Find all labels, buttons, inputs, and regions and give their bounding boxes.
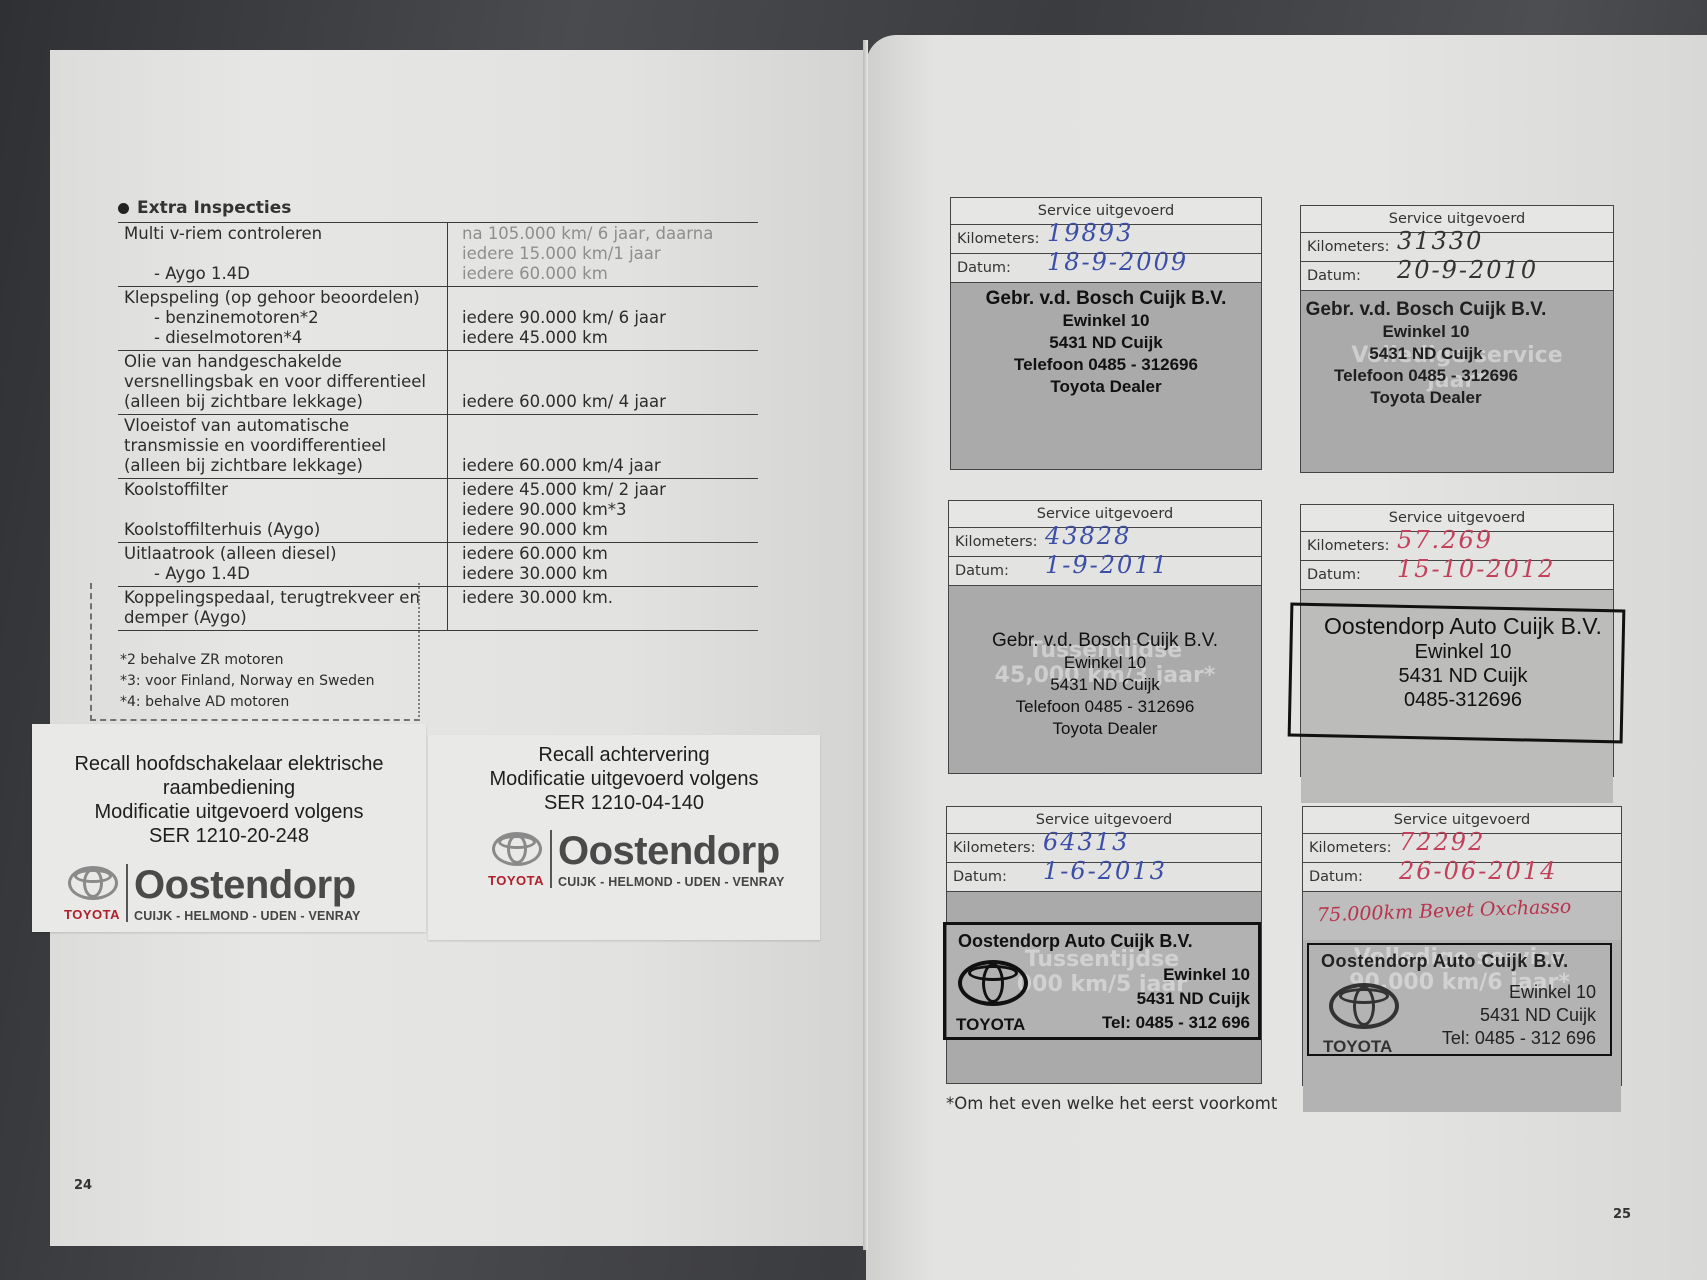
table-row: Olie van handgeschakelde versnellingsbak… [118, 350, 758, 414]
toyota-emblem-icon [488, 830, 544, 870]
table-row: Vloeistof van automatische transmissie e… [118, 414, 758, 478]
date-field: Datum: 1-9-2011 [949, 557, 1261, 586]
handwritten-date: 1-9-2011 [1045, 551, 1169, 579]
service-record: Service uitgevoerd Kilometers: 19893 Dat… [950, 197, 1262, 470]
interval-cell: iedere 60.000 km/4 jaar [448, 415, 758, 478]
service-record: Service uitgevoerd Kilometers: 57.269 Da… [1300, 504, 1614, 777]
date-field: Datum: 26-06-2014 [1303, 863, 1621, 892]
dealer-stamp: Gebr. v.d. Bosch Cuijk B.V. Ewinkel 10 5… [949, 630, 1261, 740]
section-title: Extra Inspecties [118, 198, 291, 218]
item-cell: Koolstoffilter Koolstoffilterhuis (Aygo) [118, 479, 448, 542]
dealer-stamp: Oostendorp Auto Cuijk B.V. Ewinkel 10 54… [1293, 612, 1633, 712]
page-number: 24 [74, 1178, 92, 1193]
dealer-stamp: Tussentijdse 000 km/5 jaar Oostendorp Au… [943, 922, 1261, 1040]
toyota-emblem-icon [64, 864, 120, 904]
date-field: Datum: 20-9-2010 [1301, 262, 1613, 291]
table-row: Koolstoffilter Koolstoffilterhuis (Aygo)… [118, 478, 758, 542]
footnotes: *2 behalve ZR motoren *3: voor Finland, … [120, 650, 374, 713]
page-number: 25 [1613, 1207, 1631, 1222]
dealer-logo: TOYOTA Oostendorp CUIJK - HELMOND - UDEN… [488, 830, 785, 889]
handwritten-date: 15-10-2012 [1397, 555, 1555, 583]
handwritten-date: 18-9-2009 [1047, 248, 1188, 276]
date-field: Datum: 18-9-2009 [951, 254, 1261, 283]
service-record: Service uitgevoerd Kilometers: 72292 Dat… [1302, 806, 1622, 1086]
handwritten-km: 64313 [1043, 828, 1129, 856]
toyota-emblem-icon [1329, 983, 1399, 1031]
table-row: Multi v-riem controleren - Aygo 1.4D na … [118, 222, 758, 286]
dealer-stamp: Gebr. v.d. Bosch Cuijk B.V. Ewinkel 10 5… [1301, 299, 1551, 409]
dealer-stamp: Gebr. v.d. Bosch Cuijk B.V. Ewinkel 10 5… [951, 288, 1261, 398]
interval-cell: iedere 30.000 km. [448, 587, 758, 630]
footnote: *3: voor Finland, Norway en Sweden [120, 671, 374, 692]
interval-cell: na 105.000 km/ 6 jaar, daarna iedere 15.… [448, 223, 758, 286]
interval-cell: iedere 90.000 km/ 6 jaar iedere 45.000 k… [448, 287, 758, 350]
book-spine [863, 40, 868, 1250]
service-record: Service uitgevoerd Kilometers: 31330 Dat… [1300, 205, 1614, 473]
item-cell: Vloeistof van automatische transmissie e… [118, 415, 448, 478]
table-row: Klepspeling (op gehoor beoordelen) - ben… [118, 286, 758, 350]
table-row: Uitlaatrook (alleen diesel) - Aygo 1.4D … [118, 542, 758, 586]
handwritten-date: 20-9-2010 [1397, 256, 1538, 284]
toyota-emblem-icon [958, 960, 1028, 1008]
handwritten-km: 31330 [1397, 227, 1483, 255]
footnote: *2 behalve ZR motoren [120, 650, 374, 671]
interval-cell: iedere 60.000 km/ 4 jaar [448, 351, 758, 414]
handwritten-date: 1-6-2013 [1043, 857, 1167, 885]
inspection-table: Multi v-riem controleren - Aygo 1.4D na … [118, 222, 758, 631]
date-field: Datum: 1-6-2013 [947, 863, 1261, 892]
date-field: Datum: 15-10-2012 [1301, 561, 1613, 590]
item-cell: Uitlaatrook (alleen diesel) - Aygo 1.4D [118, 543, 448, 586]
interval-cell: iedere 60.000 km iedere 30.000 km [448, 543, 758, 586]
dealer-logo: TOYOTA Oostendorp CUIJK - HELMOND - UDEN… [64, 864, 361, 923]
service-record: Service uitgevoerd Kilometers: 43828 Dat… [948, 500, 1262, 774]
handwritten-km: 43828 [1045, 522, 1131, 550]
handwritten-date: 26-06-2014 [1399, 857, 1557, 885]
bullet-icon [118, 203, 129, 214]
handwritten-km: 57.269 [1397, 526, 1493, 554]
footer-note: *Om het even welke het eerst voorkomt [946, 1094, 1277, 1113]
footnote: *4: behalve AD motoren [120, 692, 374, 713]
handwritten-km: 19893 [1047, 219, 1133, 247]
recall-sticker: Recall achtervering Modificatie uitgevoe… [428, 735, 820, 940]
service-record: Service uitgevoerd Kilometers: 64313 Dat… [946, 806, 1262, 1084]
item-cell: Olie van handgeschakelde versnellingsbak… [118, 351, 448, 414]
interval-cell: iedere 45.000 km/ 2 jaar iedere 90.000 k… [448, 479, 758, 542]
recall-sticker: Recall hoofdschakelaar elektrische raamb… [32, 724, 426, 932]
dealer-stamp: Volledige service 90,000 km/6 jaar* Oost… [1307, 943, 1612, 1056]
item-cell: Klepspeling (op gehoor beoordelen) - ben… [118, 287, 448, 350]
item-cell: Multi v-riem controleren - Aygo 1.4D [118, 223, 448, 286]
handwritten-km: 72292 [1399, 828, 1485, 856]
